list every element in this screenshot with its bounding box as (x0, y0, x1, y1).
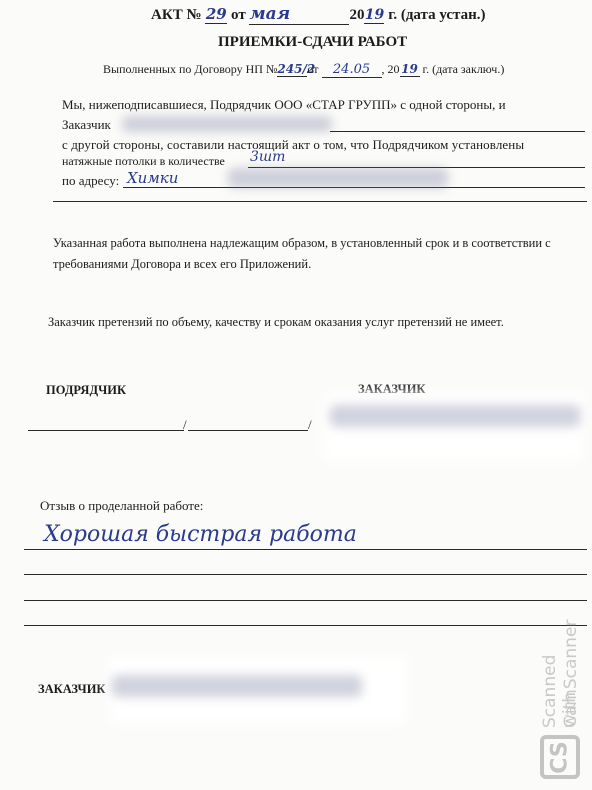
address-value: Химки (127, 169, 178, 187)
customer-name-redacted (122, 116, 332, 132)
act-year-note: г. (дата устан.) (388, 7, 485, 23)
review-text: Хорошая быстрая работа (44, 522, 357, 547)
review-line-1 (24, 549, 587, 550)
second-line: с другой стороны, составили настоящий ак… (62, 137, 524, 153)
contract-number: 245/2 (277, 62, 307, 77)
review-label: Отзыв о проделанной работе: (40, 498, 203, 514)
address-fill-line-2 (53, 201, 587, 202)
signature-separator-1: / (183, 417, 187, 433)
review-line-2 (24, 574, 587, 575)
act-heading: АКТ № 29 от мая2019 г. (дата устан.) (151, 4, 485, 25)
act-number: 29 (205, 5, 227, 24)
contract-from: от (307, 62, 318, 76)
contract-year-suffix: 19 (400, 62, 420, 77)
intro-line: Мы, нижеподписавшиеся, Подрядчик ООО «СТ… (62, 97, 506, 113)
address-redacted (228, 168, 448, 188)
act-year-suffix: 19 (364, 7, 384, 24)
contract-line: Выполненных по Договору НП №245/2от 24.0… (103, 62, 504, 78)
paragraph-1-line-1: Указанная работа выполнена надлежащим об… (53, 236, 551, 251)
camscanner-logo-text: CS (548, 741, 573, 773)
document-title: ПРИЕМКИ-СДАЧИ РАБОТ (218, 34, 407, 51)
act-month: мая (249, 4, 349, 25)
footer-customer-label: ЗАКАЗЧИК (38, 682, 106, 697)
signature-separator-2: / (308, 417, 312, 433)
customer-signature-redaction-bg (322, 392, 584, 462)
paragraph-1-line-2: требованиями Договора и всех его Приложе… (53, 257, 311, 272)
address-label: по адресу: (62, 173, 119, 189)
review-line-4 (24, 625, 587, 626)
contract-note: г. (дата заключ.) (423, 62, 505, 76)
customer-label: Заказчик (62, 117, 111, 133)
contract-year-prefix: , 20 (382, 62, 400, 76)
paragraph-2: Заказчик претензий по объему, качеству и… (48, 315, 504, 330)
contractor-signature-label: ПОДРЯДЧИК (46, 383, 126, 398)
quantity-label: натяжные потолки в количестве (62, 154, 225, 169)
act-from-label: от (231, 7, 246, 23)
contract-label: Выполненных по Договору НП № (103, 62, 277, 76)
review-line-3 (24, 600, 587, 601)
act-label: АКТ № (151, 7, 202, 23)
contractor-signature-line (28, 430, 184, 431)
customer-signature-redacted (330, 405, 580, 427)
watermark-line-2: CamScanner (561, 620, 581, 728)
customer-fill-line (330, 131, 585, 132)
footer-signature-redacted (112, 675, 362, 697)
contract-date: 24.05 (322, 62, 382, 78)
contractor-name-line (188, 430, 308, 431)
act-year-prefix: 20 (349, 7, 364, 23)
camscanner-logo-icon: CS (540, 735, 580, 779)
quantity-value: 3шт (250, 149, 285, 165)
